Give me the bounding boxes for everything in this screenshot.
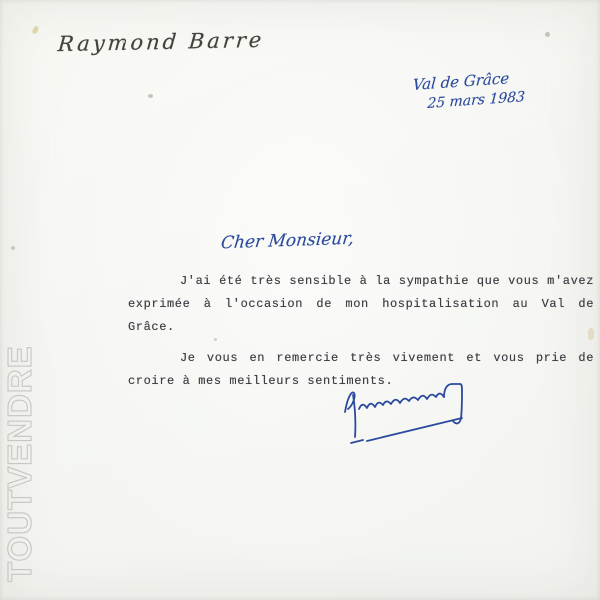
scanned-letter-page: Raymond Barre Val de Grâce 25 mars 1983 … — [0, 0, 600, 600]
paper-speck — [11, 246, 15, 250]
body-line: Grâce. — [128, 316, 594, 339]
paper-speck — [588, 328, 594, 340]
letter-body: J'ai été très sensible à la sympathie qu… — [128, 270, 594, 393]
body-line: exprimée à l'occasion de mon hospitalisa… — [128, 293, 594, 316]
paragraph-gap — [128, 339, 594, 347]
paper-speck — [31, 25, 39, 34]
signature-scrawl — [334, 378, 484, 453]
handwritten-date: 25 mars 1983 — [427, 89, 526, 112]
letterhead-name: Raymond Barre — [57, 28, 265, 56]
paper-speck — [148, 94, 153, 98]
body-line: Je vous en remercie très vivement et vou… — [128, 347, 594, 370]
body-line: J'ai été très sensible à la sympathie qu… — [128, 270, 594, 293]
watermark-text: TOUTVENDRE — [3, 345, 36, 582]
paper-speck — [122, 40, 125, 43]
paper-speck — [214, 338, 217, 341]
handwritten-place-date: Val de Grâce 25 mars 1983 — [411, 68, 527, 113]
handwritten-salutation: Cher Monsieur, — [220, 229, 355, 254]
paper-speck — [545, 32, 550, 37]
